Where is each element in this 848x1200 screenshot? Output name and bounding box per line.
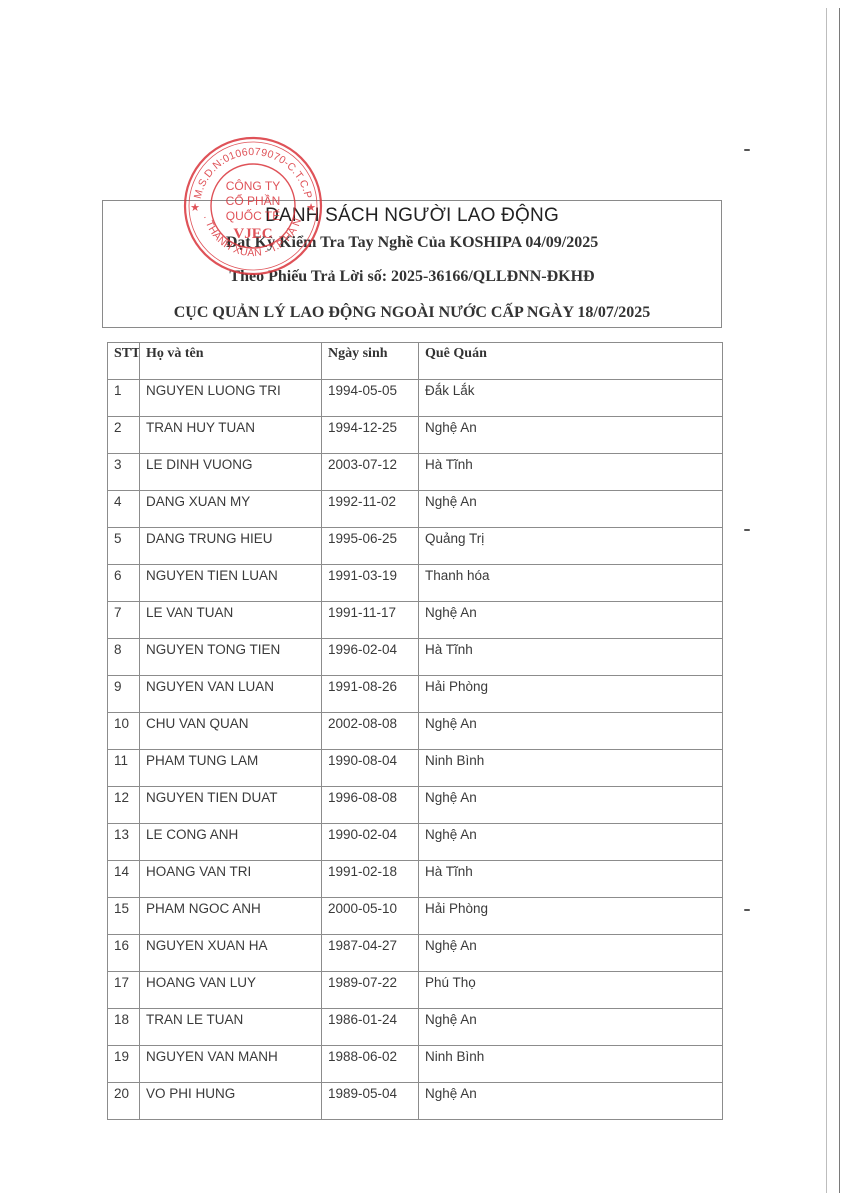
cell-date-of-birth: 1994-05-05	[322, 380, 419, 417]
table-row: 6NGUYEN TIEN LUAN1991-03-19Thanh hóa	[108, 565, 723, 602]
cell-stt: 16	[108, 935, 140, 972]
cell-date-of-birth: 1995-06-25	[322, 528, 419, 565]
cell-date-of-birth: 1991-11-17	[322, 602, 419, 639]
cell-stt: 9	[108, 676, 140, 713]
cell-stt: 20	[108, 1083, 140, 1120]
header-date-of-birth: Ngày sinh	[322, 343, 419, 380]
cell-stt: 10	[108, 713, 140, 750]
table-row: 20VO PHI HUNG1989-05-04Nghệ An	[108, 1083, 723, 1120]
cell-date-of-birth: 1990-02-04	[322, 824, 419, 861]
cell-date-of-birth: 2000-05-10	[322, 898, 419, 935]
cell-stt: 3	[108, 454, 140, 491]
scan-speck	[744, 529, 750, 531]
cell-hometown: Nghệ An	[419, 1009, 723, 1046]
cell-full-name: NGUYEN TIEN DUAT	[140, 787, 322, 824]
cell-hometown: Hải Phòng	[419, 676, 723, 713]
table-row: 3LE DINH VUONG2003-07-12Hà Tĩnh	[108, 454, 723, 491]
header-stt: STT	[108, 343, 140, 380]
cell-hometown: Nghệ An	[419, 491, 723, 528]
cell-date-of-birth: 2003-07-12	[322, 454, 419, 491]
cell-hometown: Đắk Lắk	[419, 380, 723, 417]
table-row: 19NGUYEN VAN MANH1988-06-02Ninh Bình	[108, 1046, 723, 1083]
cell-full-name: TRAN HUY TUAN	[140, 417, 322, 454]
cell-hometown: Hải Phòng	[419, 898, 723, 935]
cell-stt: 7	[108, 602, 140, 639]
cell-hometown: Quảng Trị	[419, 528, 723, 565]
table-row: 12NGUYEN TIEN DUAT1996-08-08Nghệ An	[108, 787, 723, 824]
scan-edge-line	[826, 8, 827, 1193]
table-row: 5DANG TRUNG HIEU1995-06-25Quảng Trị	[108, 528, 723, 565]
svg-text:M.S.D.N:0106079070-C.T.C.P: M.S.D.N:0106079070-C.T.C.P	[192, 146, 314, 200]
table-row: 1NGUYEN LUONG TRI1994-05-05Đắk Lắk	[108, 380, 723, 417]
cell-date-of-birth: 1989-07-22	[322, 972, 419, 1009]
document-title: DANH SÁCH NGƯỜI LAO ĐỘNG	[103, 205, 721, 227]
cell-full-name: NGUYEN LUONG TRI	[140, 380, 322, 417]
cell-stt: 12	[108, 787, 140, 824]
table-row: 8NGUYEN TONG TIEN1996-02-04Hà Tĩnh	[108, 639, 723, 676]
cell-hometown: Hà Tĩnh	[419, 454, 723, 491]
cell-hometown: Nghệ An	[419, 787, 723, 824]
cell-full-name: NGUYEN VAN LUAN	[140, 676, 322, 713]
cell-full-name: CHU VAN QUAN	[140, 713, 322, 750]
table-row: 9NGUYEN VAN LUAN1991-08-26Hải Phòng	[108, 676, 723, 713]
header-hometown: Quê Quán	[419, 343, 723, 380]
cell-stt: 15	[108, 898, 140, 935]
cell-full-name: HOANG VAN LUY	[140, 972, 322, 1009]
cell-full-name: NGUYEN VAN MANH	[140, 1046, 322, 1083]
svg-text:CÔNG TY: CÔNG TY	[226, 178, 280, 193]
cell-hometown: Nghệ An	[419, 602, 723, 639]
worker-list-table: STT Họ và tên Ngày sinh Quê Quán 1NGUYEN…	[107, 342, 723, 1120]
document-issuer: CỤC QUẢN LÝ LAO ĐỘNG NGOÀI NƯỚC CẤP NGÀY…	[103, 304, 721, 322]
table-row: 7LE VAN TUAN1991-11-17Nghệ An	[108, 602, 723, 639]
cell-date-of-birth: 1987-04-27	[322, 935, 419, 972]
cell-date-of-birth: 1989-05-04	[322, 1083, 419, 1120]
cell-date-of-birth: 1991-08-26	[322, 676, 419, 713]
table-header-row: STT Họ và tên Ngày sinh Quê Quán	[108, 343, 723, 380]
cell-stt: 1	[108, 380, 140, 417]
table-row: 13LE CONG ANH1990-02-04Nghệ An	[108, 824, 723, 861]
cell-stt: 19	[108, 1046, 140, 1083]
cell-date-of-birth: 1994-12-25	[322, 417, 419, 454]
table-row: 10CHU VAN QUAN2002-08-08Nghệ An	[108, 713, 723, 750]
cell-full-name: PHAM TUNG LAM	[140, 750, 322, 787]
cell-full-name: NGUYEN XUAN HA	[140, 935, 322, 972]
table-row: 2TRAN HUY TUAN1994-12-25Nghệ An	[108, 417, 723, 454]
table-row: 11PHAM TUNG LAM1990-08-04Ninh Bình	[108, 750, 723, 787]
cell-date-of-birth: 1996-08-08	[322, 787, 419, 824]
cell-full-name: LE VAN TUAN	[140, 602, 322, 639]
cell-stt: 11	[108, 750, 140, 787]
document-subtitle: Đạt Kỳ Kiểm Tra Tay Nghề Của KOSHIPA 04/…	[103, 234, 721, 252]
cell-full-name: TRAN LE TUAN	[140, 1009, 322, 1046]
cell-stt: 4	[108, 491, 140, 528]
cell-full-name: PHAM NGOC ANH	[140, 898, 322, 935]
cell-full-name: HOANG VAN TRI	[140, 861, 322, 898]
cell-stt: 18	[108, 1009, 140, 1046]
scan-speck	[744, 909, 750, 911]
cell-date-of-birth: 1988-06-02	[322, 1046, 419, 1083]
table-row: 15PHAM NGOC ANH2000-05-10Hải Phòng	[108, 898, 723, 935]
cell-full-name: NGUYEN TIEN LUAN	[140, 565, 322, 602]
cell-hometown: Phú Thọ	[419, 972, 723, 1009]
cell-stt: 13	[108, 824, 140, 861]
cell-date-of-birth: 2002-08-08	[322, 713, 419, 750]
header-full-name: Họ và tên	[140, 343, 322, 380]
table-row: 17HOANG VAN LUY1989-07-22Phú Thọ	[108, 972, 723, 1009]
cell-full-name: VO PHI HUNG	[140, 1083, 322, 1120]
cell-date-of-birth: 1992-11-02	[322, 491, 419, 528]
cell-hometown: Ninh Bình	[419, 750, 723, 787]
cell-date-of-birth: 1990-08-04	[322, 750, 419, 787]
table-row: 14HOANG VAN TRI1991-02-18Hà Tĩnh	[108, 861, 723, 898]
cell-hometown: Thanh hóa	[419, 565, 723, 602]
cell-stt: 6	[108, 565, 140, 602]
cell-hometown: Hà Tĩnh	[419, 639, 723, 676]
cell-hometown: Hà Tĩnh	[419, 861, 723, 898]
cell-stt: 5	[108, 528, 140, 565]
cell-date-of-birth: 1986-01-24	[322, 1009, 419, 1046]
cell-stt: 2	[108, 417, 140, 454]
table-row: 16NGUYEN XUAN HA1987-04-27Nghệ An	[108, 935, 723, 972]
cell-full-name: NGUYEN TONG TIEN	[140, 639, 322, 676]
cell-full-name: DANG TRUNG HIEU	[140, 528, 322, 565]
cell-date-of-birth: 1991-03-19	[322, 565, 419, 602]
table-row: 4DANG XUAN MY1992-11-02Nghệ An	[108, 491, 723, 528]
cell-stt: 8	[108, 639, 140, 676]
document-header: DANH SÁCH NGƯỜI LAO ĐỘNG Đạt Kỳ Kiểm Tra…	[102, 200, 722, 328]
cell-date-of-birth: 1996-02-04	[322, 639, 419, 676]
cell-date-of-birth: 1991-02-18	[322, 861, 419, 898]
cell-hometown: Nghệ An	[419, 824, 723, 861]
cell-hometown: Nghệ An	[419, 417, 723, 454]
cell-hometown: Nghệ An	[419, 935, 723, 972]
document-reference: Theo Phiếu Trả Lời số: 2025-36166/QLLĐNN…	[103, 268, 721, 286]
cell-full-name: LE CONG ANH	[140, 824, 322, 861]
cell-hometown: Nghệ An	[419, 1083, 723, 1120]
cell-full-name: LE DINH VUONG	[140, 454, 322, 491]
scan-speck	[744, 149, 750, 151]
cell-full-name: DANG XUAN MY	[140, 491, 322, 528]
cell-hometown: Nghệ An	[419, 713, 723, 750]
cell-stt: 14	[108, 861, 140, 898]
table-row: 18TRAN LE TUAN1986-01-24Nghệ An	[108, 1009, 723, 1046]
cell-stt: 17	[108, 972, 140, 1009]
cell-hometown: Ninh Bình	[419, 1046, 723, 1083]
scan-edge-line	[839, 8, 840, 1193]
